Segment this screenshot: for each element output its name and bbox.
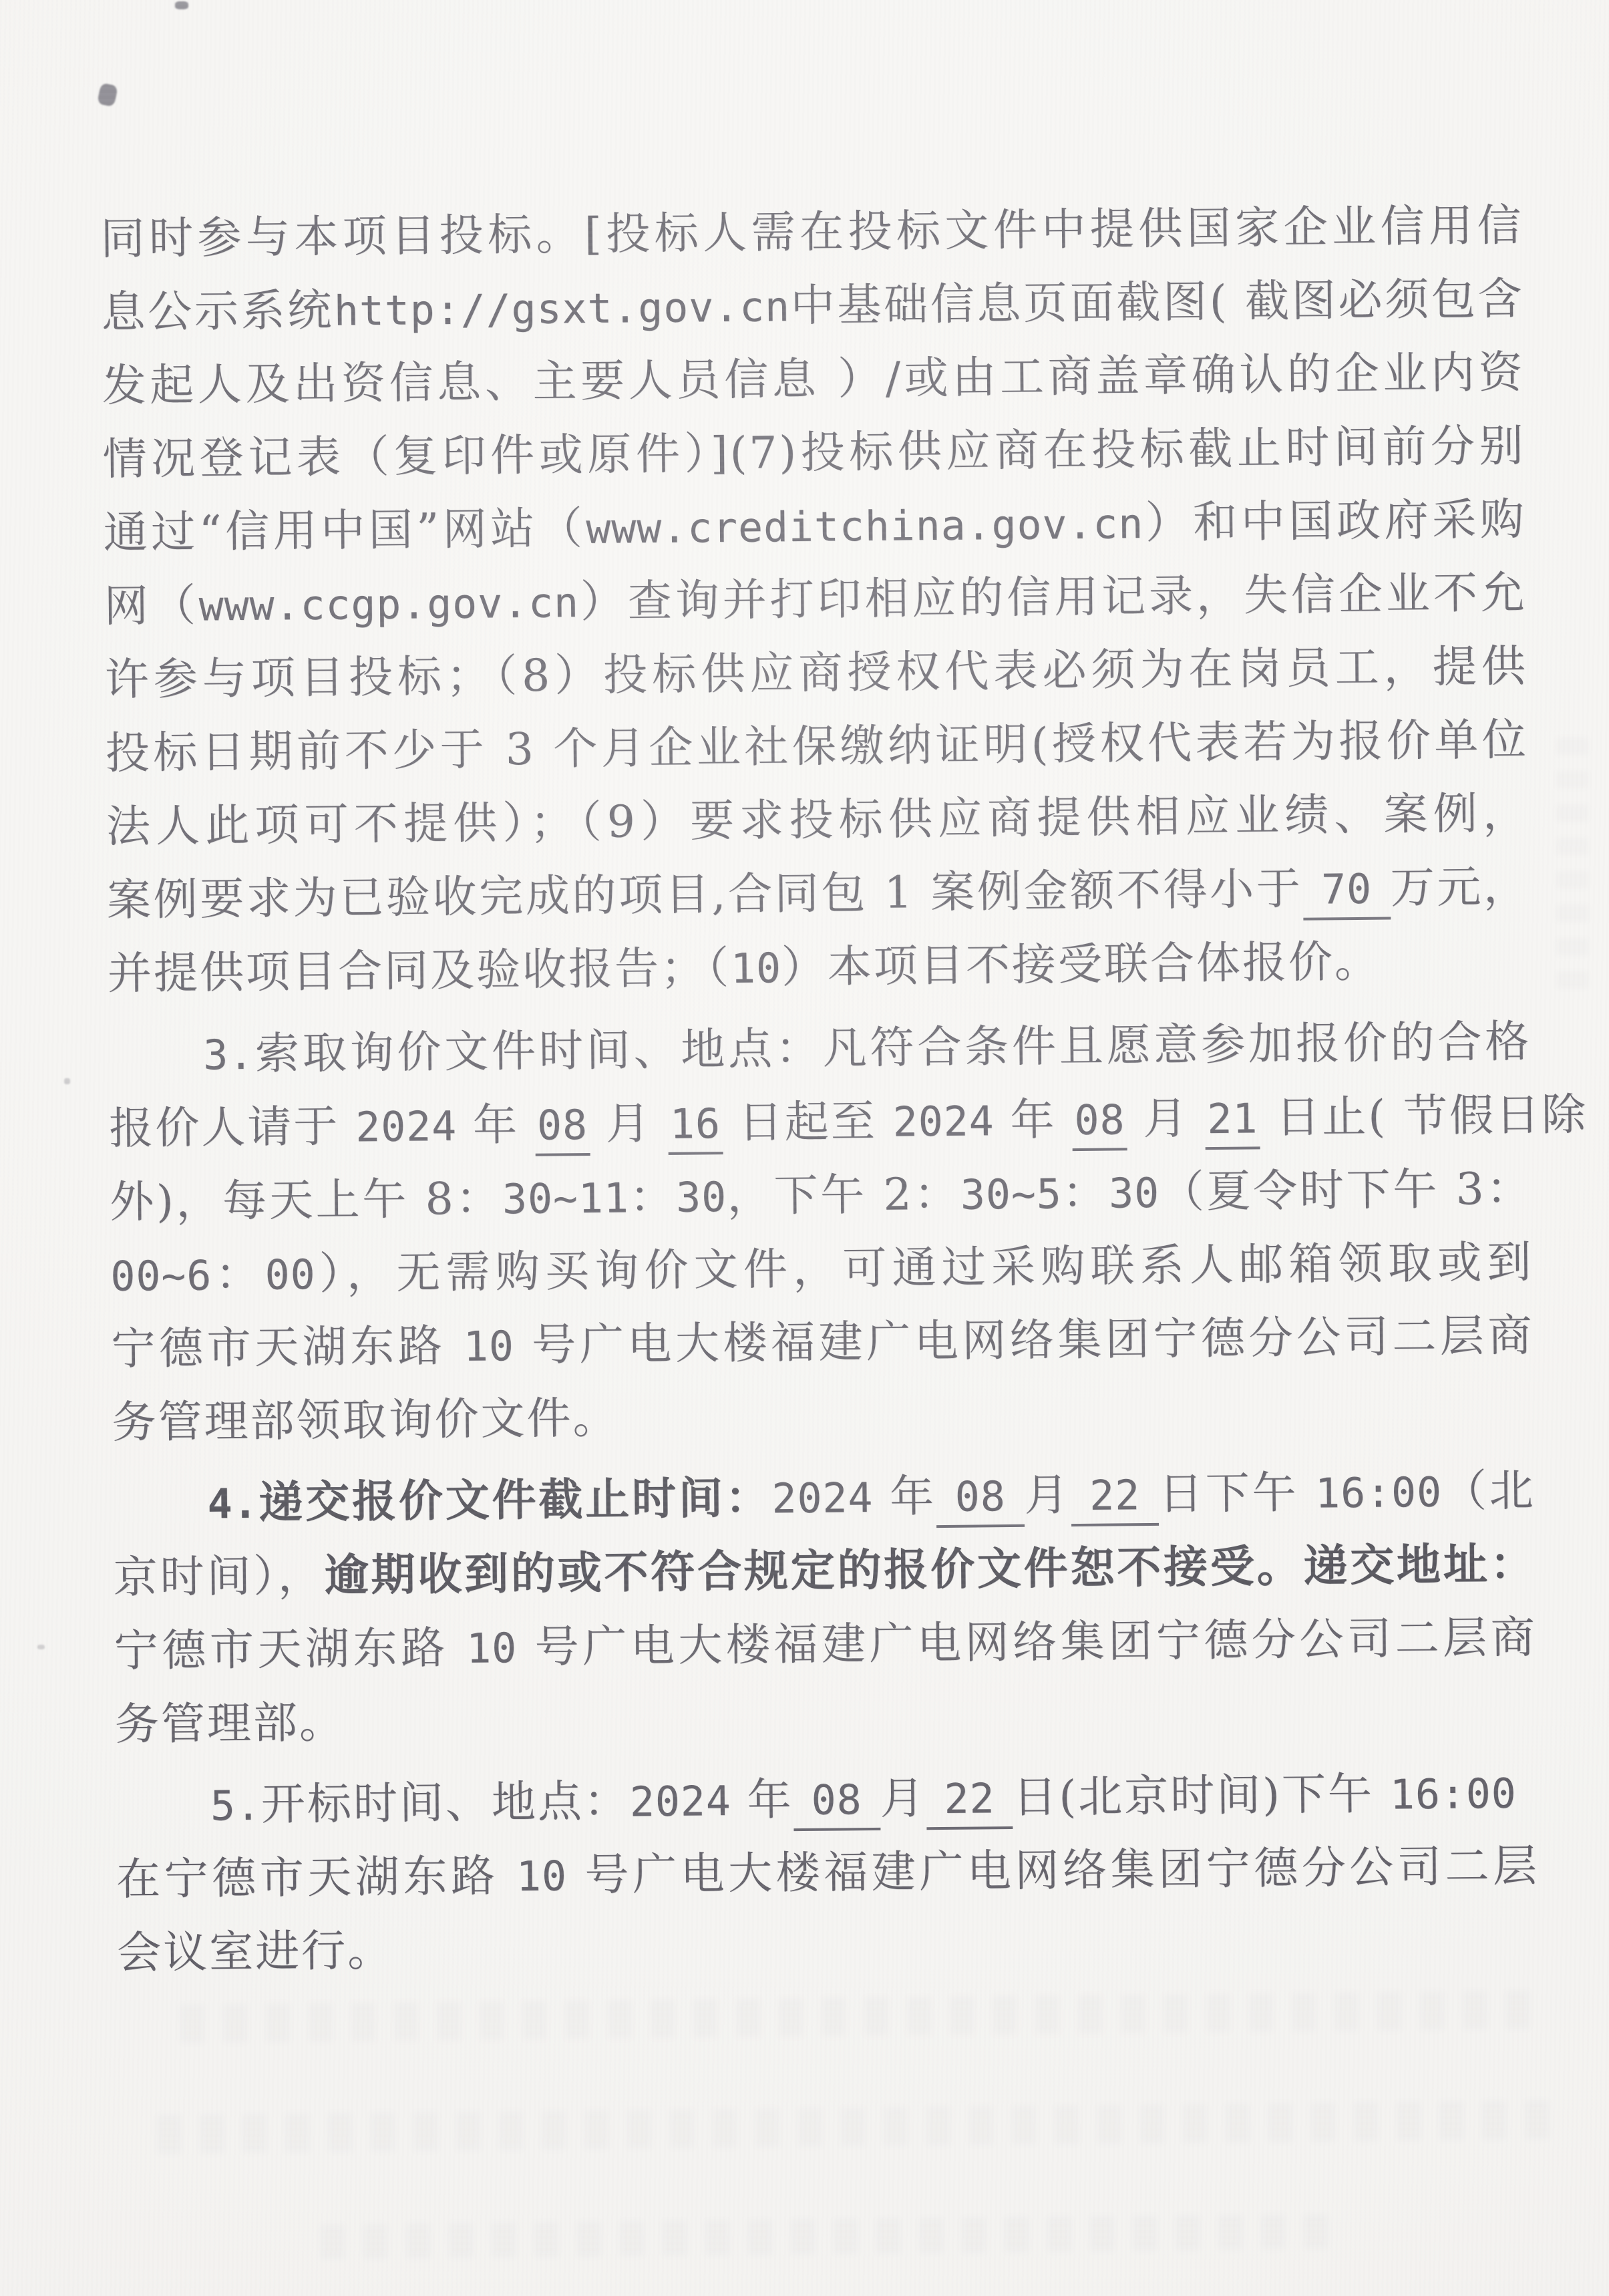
underlined-value: 08 — [535, 1098, 590, 1156]
bleed-through-artifact — [157, 2100, 1553, 2154]
text-segment: 逾期收到的或不符合规定的报价文件恕不接受。递交地址： — [324, 1537, 1536, 1601]
text-line-4: 情况登记表（复印件或原件）](7)投标供应商在投标截止时间前分别 — [102, 409, 1526, 496]
text-segment: 日止( 节假日除 — [1260, 1089, 1588, 1144]
text-segment: 案例要求为已验收完成的项目,合同包 1 案例金额不得小于 — [107, 863, 1303, 926]
text-segment: 务管理部。 — [115, 1697, 346, 1750]
text-segment: 并提供项目合同及验收报告；（10）本项目不接受联合体报价。 — [108, 936, 1381, 999]
underlined-value: 21 — [1205, 1092, 1260, 1150]
underlined-value: 22 — [1071, 1468, 1159, 1526]
underlined-value: 22 — [926, 1772, 1013, 1830]
scan-artifact — [37, 1645, 45, 1649]
text-line-1: 同时参与本项目投标。[投标人需在投标文件中提供国家企业信用信 — [100, 188, 1524, 275]
text-segment: 会议室进行。 — [117, 1925, 394, 1979]
text-segment: 3.索取询价文件时间、地点：凡符合条件且愿意参加报价的合格 — [203, 1015, 1532, 1080]
scan-artifact — [64, 1078, 70, 1084]
text-line-22: 5.开标时间、地点：2024 年 08 月 22 日(北京时间)下午 16:00 — [116, 1755, 1539, 1842]
text-segment: 息公示系统http://gsxt.gov.cn中基础信息页面截图( 截图必须包含 — [101, 273, 1524, 338]
text-segment: 万元， — [1390, 861, 1530, 914]
text-segment: 通过“信用中国”网站（www.creditchina.gov.cn）和中国政府采… — [103, 494, 1526, 558]
underlined-value: 70 — [1302, 862, 1391, 921]
text-segment: 月 — [880, 1772, 926, 1824]
text-segment: 情况登记表（复印件或原件）](7)投标供应商在投标截止时间前分别 — [102, 420, 1526, 485]
text-segment: 网（www.ccgp.gov.cn）查询并打印相应的信用记录，失信企业不允 — [104, 567, 1527, 632]
underlined-value: 16 — [668, 1097, 723, 1155]
text-segment: 外)，每天上午 8：30~11：30，下午 2：30~5：30（夏令时下午 3： — [110, 1162, 1533, 1227]
text-block: 同时参与本项目投标。[投标人需在投标文件中提供国家企业信用信息公示系统http:… — [100, 188, 1540, 1989]
text-segment: 许参与项目投标；（8）投标供应商授权代表必须为在岗员工，提供 — [104, 641, 1528, 705]
text-line-8: 投标日期前不少于 3 个月企业社保缴纳证明(授权代表若为报价单位 — [105, 703, 1528, 790]
text-segment: 报价人请于 2024 年 — [109, 1099, 535, 1154]
text-line-20: 宁德市天湖东路 10 号广电大楼福建广电网络集团宁德分公司二层商 — [114, 1600, 1537, 1687]
text-segment: 日下午 16:00（北 — [1159, 1464, 1536, 1519]
text-line-11: 并提供项目合同及验收报告；（10）本项目不接受联合体报价。 — [108, 923, 1531, 1010]
bleed-through-artifact — [1556, 735, 1588, 989]
text-segment: 同时参与本项目投标。[投标人需在投标文件中提供国家企业信用信 — [100, 200, 1524, 265]
text-line-16: 宁德市天湖东路 10 号广电大楼福建广电网络集团宁德分公司二层商 — [111, 1298, 1534, 1385]
scan-artifact — [175, 1, 188, 9]
text-segment: 日(北京时间)下午 16:00 — [1013, 1767, 1517, 1823]
text-line-6: 网（www.ccgp.gov.cn）查询并打印相应的信用记录，失信企业不允 — [104, 556, 1527, 643]
scanned-page: 同时参与本项目投标。[投标人需在投标文件中提供国家企业信用信息公示系统http:… — [0, 0, 1609, 2296]
text-segment: 宁德市天湖东路 10 号广电大楼福建广电网络集团宁德分公司二层商 — [114, 1611, 1537, 1676]
text-line-5: 通过“信用中国”网站（www.creditchina.gov.cn）和中国政府采… — [103, 482, 1526, 569]
text-line-2: 息公示系统http://gsxt.gov.cn中基础信息页面截图( 截图必须包含 — [101, 262, 1524, 349]
text-segment: 月 — [1024, 1469, 1071, 1521]
text-segment: 日起至 2024 年 — [722, 1094, 1072, 1148]
bleed-through-artifact — [321, 2214, 1336, 2259]
text-segment: 5.开标时间、地点：2024 年 — [210, 1774, 793, 1830]
text-line-14: 外)，每天上午 8：30~11：30，下午 2：30~5：30（夏令时下午 3： — [110, 1151, 1533, 1238]
text-segment: 2024 年 — [771, 1470, 936, 1523]
text-line-18: 4.递交报价文件截止时间：2024 年 08 月 22 日下午 16:00（北 — [112, 1453, 1536, 1540]
text-line-10: 案例要求为已验收完成的项目,合同包 1 案例金额不得小于 70 万元， — [107, 850, 1530, 937]
text-segment: 月 — [590, 1098, 669, 1150]
underlined-value: 08 — [793, 1773, 880, 1831]
text-line-15: 00~6：00），无需购买询价文件，可通过采购联系人邮箱领取或到 — [110, 1224, 1534, 1311]
text-segment: 京时间）， — [113, 1550, 325, 1603]
text-segment: 月 — [1127, 1092, 1206, 1144]
underlined-value: 08 — [936, 1470, 1025, 1528]
text-segment: 4.递交报价文件截止时间： — [207, 1471, 772, 1528]
text-line-17: 务管理部领取询价文件。 — [112, 1371, 1535, 1458]
text-line-21: 务管理部。 — [114, 1673, 1538, 1760]
text-line-7: 许参与项目投标；（8）投标供应商授权代表必须为在岗员工，提供 — [104, 629, 1528, 716]
text-line-23: 在宁德市天湖东路 10 号广电大楼福建广电网络集团宁德分公司二层 — [116, 1828, 1540, 1915]
text-segment: 发起人及出资信息、主要人员信息 ）/或由工商盖章确认的企业内资 — [102, 347, 1525, 412]
text-line-12: 3.索取询价文件时间、地点：凡符合条件且愿意参加报价的合格 — [108, 1004, 1532, 1091]
text-segment: 务管理部领取询价文件。 — [112, 1392, 619, 1448]
text-segment: 法人此项可不提供）；（9）要求投标供应商提供相应业绩、案例， — [106, 788, 1530, 852]
text-segment: 在宁德市天湖东路 10 号广电大楼福建广电网络集团宁德分公司二层 — [116, 1840, 1540, 1905]
text-line-13: 报价人请于 2024 年 08 月 16 日起至 2024 年 08 月 21 … — [109, 1078, 1532, 1164]
text-line-24: 会议室进行。 — [117, 1902, 1540, 1989]
text-line-19: 京时间），逾期收到的或不符合规定的报价文件恕不接受。递交地址： — [113, 1526, 1536, 1613]
text-line-3: 发起人及出资信息、主要人员信息 ）/或由工商盖章确认的企业内资 — [102, 335, 1525, 422]
text-segment: 宁德市天湖东路 10 号广电大楼福建广电网络集团宁德分公司二层商 — [111, 1309, 1534, 1374]
text-segment: 00~6：00），无需购买询价文件，可通过采购联系人邮箱领取或到 — [110, 1236, 1534, 1301]
bleed-through-artifact — [180, 1990, 1543, 2043]
underlined-value: 08 — [1072, 1093, 1127, 1151]
text-segment: 投标日期前不少于 3 个月企业社保缴纳证明(授权代表若为报价单位 — [106, 714, 1529, 779]
scan-artifact — [97, 83, 118, 108]
text-line-9: 法人此项可不提供）；（9）要求投标供应商提供相应业绩、案例， — [106, 776, 1529, 863]
